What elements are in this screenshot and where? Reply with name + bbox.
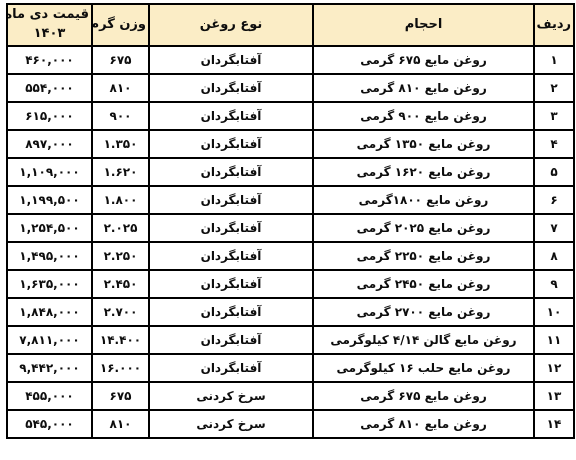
table-row: ۷روغن مایع ۲۰۲۵ گرمیآفتابگردان۲.۰۲۵۱,۲۵۴… [7, 214, 574, 242]
row-number-cell: ۸ [534, 242, 574, 270]
weight-cell: ۶۷۵ [92, 382, 149, 410]
weight-cell: ۶۷۵ [92, 46, 149, 74]
volume-cell: روغن مایع ۱۳۵۰ گرمی [313, 130, 534, 158]
price-cell: ۱,۶۳۵,۰۰۰ [7, 270, 92, 298]
price-cell: ۱,۲۵۴,۵۰۰ [7, 214, 92, 242]
weight-cell: ۱.۶۲۰ [92, 158, 149, 186]
header-price-line1: قیمت دی ماه [10, 6, 89, 25]
row-number-cell: ۹ [534, 270, 574, 298]
price-cell: ۸۹۷,۰۰۰ [7, 130, 92, 158]
weight-cell: ۲.۲۵۰ [92, 242, 149, 270]
oil-type-cell: آفتابگردان [149, 214, 313, 242]
oil-type-cell: آفتابگردان [149, 46, 313, 74]
row-number-cell: ۱ [534, 46, 574, 74]
oil-type-cell: آفتابگردان [149, 242, 313, 270]
row-number-cell: ۱۰ [534, 298, 574, 326]
table-row: ۹روغن مایع ۲۴۵۰ گرمیآفتابگردان۲.۴۵۰۱,۶۳۵… [7, 270, 574, 298]
weight-cell: ۸۱۰ [92, 74, 149, 102]
row-number-cell: ۱۱ [534, 326, 574, 354]
volume-cell: روغن مایع ۲۷۰۰ گرمی [313, 298, 534, 326]
volume-cell: روغن مایع ۹۰۰ گرمی [313, 102, 534, 130]
oil-type-cell: آفتابگردان [149, 354, 313, 382]
header-price: قیمت دی ماه ۱۴۰۳ [7, 4, 92, 46]
table-row: ۱۳روغن مایع ۶۷۵ گرمیسرخ کردنی۶۷۵۴۵۵,۰۰۰ [7, 382, 574, 410]
weight-cell: ۸۱۰ [92, 410, 149, 438]
oil-type-cell: آفتابگردان [149, 158, 313, 186]
row-number-cell: ۴ [534, 130, 574, 158]
price-cell: ۹,۴۴۲,۰۰۰ [7, 354, 92, 382]
oil-type-cell: آفتابگردان [149, 102, 313, 130]
table-row: ۱۰روغن مایع ۲۷۰۰ گرمیآفتابگردان۲.۷۰۰۱,۸۴… [7, 298, 574, 326]
header-weight: وزن گرم [92, 4, 149, 46]
weight-cell: ۱۴.۴۰۰ [92, 326, 149, 354]
oil-type-cell: سرخ کردنی [149, 410, 313, 438]
weight-cell: ۱.۳۵۰ [92, 130, 149, 158]
oil-type-cell: آفتابگردان [149, 74, 313, 102]
volume-cell: روغن مایع ۱۸۰۰گرمی [313, 186, 534, 214]
price-cell: ۵۴۵,۰۰۰ [7, 410, 92, 438]
volume-cell: روغن مایع ۸۱۰ گرمی [313, 410, 534, 438]
oil-price-table-page: ردیف احجام نوع روغن وزن گرم قیمت دی ماه … [0, 0, 576, 460]
volume-cell: روغن مایع ۸۱۰ گرمی [313, 74, 534, 102]
price-cell: ۷,۸۱۱,۰۰۰ [7, 326, 92, 354]
oil-type-cell: آفتابگردان [149, 130, 313, 158]
weight-cell: ۱۶.۰۰۰ [92, 354, 149, 382]
row-number-cell: ۵ [534, 158, 574, 186]
table-row: ۲روغن مایع ۸۱۰ گرمیآفتابگردان۸۱۰۵۵۴,۰۰۰ [7, 74, 574, 102]
price-cell: ۱,۱۹۹,۵۰۰ [7, 186, 92, 214]
table-row: ۸روغن مایع ۲۲۵۰ گرمیآفتابگردان۲.۲۵۰۱,۴۹۵… [7, 242, 574, 270]
weight-cell: ۲.۷۰۰ [92, 298, 149, 326]
header-volume: احجام [313, 4, 534, 46]
price-cell: ۴۶۰,۰۰۰ [7, 46, 92, 74]
volume-cell: روغن مایع گالن ۴/۱۴ کیلوگرمی [313, 326, 534, 354]
header-price-line2: ۱۴۰۳ [10, 25, 89, 44]
oil-type-cell: آفتابگردان [149, 326, 313, 354]
row-number-cell: ۱۲ [534, 354, 574, 382]
price-cell: ۱,۱۰۹,۰۰۰ [7, 158, 92, 186]
weight-cell: ۲.۰۲۵ [92, 214, 149, 242]
volume-cell: روغن مایع حلب ۱۶ کیلوگرمی [313, 354, 534, 382]
table-row: ۱۱روغن مایع گالن ۴/۱۴ کیلوگرمیآفتابگردان… [7, 326, 574, 354]
table-row: ۴روغن مایع ۱۳۵۰ گرمیآفتابگردان۱.۳۵۰۸۹۷,۰… [7, 130, 574, 158]
table-row: ۵روغن مایع ۱۶۲۰ گرمیآفتابگردان۱.۶۲۰۱,۱۰۹… [7, 158, 574, 186]
table-row: ۳روغن مایع ۹۰۰ گرمیآفتابگردان۹۰۰۶۱۵,۰۰۰ [7, 102, 574, 130]
row-number-cell: ۳ [534, 102, 574, 130]
price-cell: ۱,۴۹۵,۰۰۰ [7, 242, 92, 270]
price-cell: ۵۵۴,۰۰۰ [7, 74, 92, 102]
weight-cell: ۱.۸۰۰ [92, 186, 149, 214]
oil-price-table: ردیف احجام نوع روغن وزن گرم قیمت دی ماه … [6, 3, 575, 439]
header-oil-type: نوع روغن [149, 4, 313, 46]
table-row: ۱۲روغن مایع حلب ۱۶ کیلوگرمیآفتابگردان۱۶.… [7, 354, 574, 382]
row-number-cell: ۲ [534, 74, 574, 102]
row-number-cell: ۱۴ [534, 410, 574, 438]
header-row: ردیف احجام نوع روغن وزن گرم قیمت دی ماه … [7, 4, 574, 46]
volume-cell: روغن مایع ۶۷۵ گرمی [313, 46, 534, 74]
volume-cell: روغن مایع ۲۲۵۰ گرمی [313, 242, 534, 270]
weight-cell: ۹۰۰ [92, 102, 149, 130]
price-cell: ۴۵۵,۰۰۰ [7, 382, 92, 410]
volume-cell: روغن مایع ۱۶۲۰ گرمی [313, 158, 534, 186]
weight-cell: ۲.۴۵۰ [92, 270, 149, 298]
volume-cell: روغن مایع ۲۴۵۰ گرمی [313, 270, 534, 298]
row-number-cell: ۷ [534, 214, 574, 242]
price-cell: ۱,۸۴۸,۰۰۰ [7, 298, 92, 326]
table-row: ۱روغن مایع ۶۷۵ گرمیآفتابگردان۶۷۵۴۶۰,۰۰۰ [7, 46, 574, 74]
oil-type-cell: سرخ کردنی [149, 382, 313, 410]
header-row-number: ردیف [534, 4, 574, 46]
table-row: ۶روغن مایع ۱۸۰۰گرمیآفتابگردان۱.۸۰۰۱,۱۹۹,… [7, 186, 574, 214]
oil-type-cell: آفتابگردان [149, 298, 313, 326]
oil-type-cell: آفتابگردان [149, 270, 313, 298]
oil-type-cell: آفتابگردان [149, 186, 313, 214]
row-number-cell: ۱۳ [534, 382, 574, 410]
table-row: ۱۴روغن مایع ۸۱۰ گرمیسرخ کردنی۸۱۰۵۴۵,۰۰۰ [7, 410, 574, 438]
volume-cell: روغن مایع ۲۰۲۵ گرمی [313, 214, 534, 242]
volume-cell: روغن مایع ۶۷۵ گرمی [313, 382, 534, 410]
row-number-cell: ۶ [534, 186, 574, 214]
price-cell: ۶۱۵,۰۰۰ [7, 102, 92, 130]
